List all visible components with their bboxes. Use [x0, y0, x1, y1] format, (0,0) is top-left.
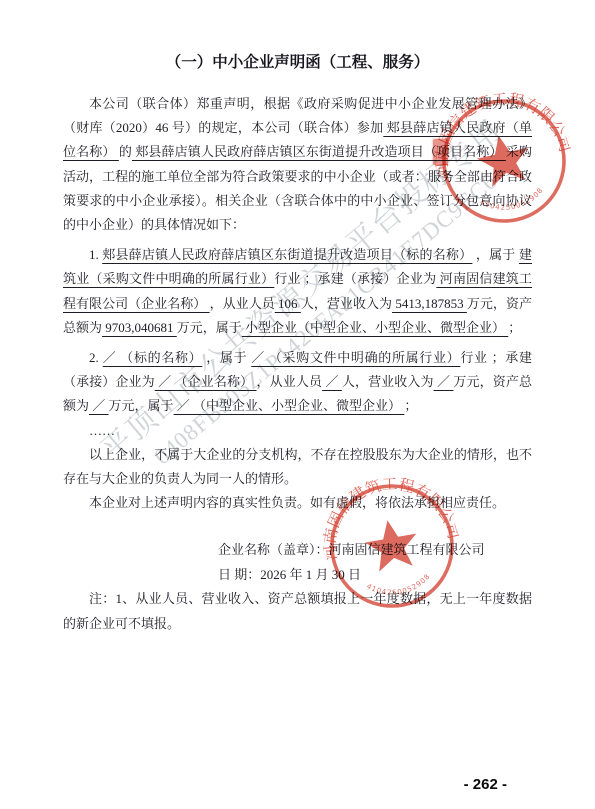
ellipsis-line: ……	[63, 419, 532, 443]
enterprise-item-1: 1. 郏县薛店镇人民政府薛店镇区东街道提升改造项目（标的名称） ，属于 建筑业（…	[63, 243, 532, 340]
text-segment: ，属于	[472, 247, 519, 262]
filled-in-underlined-text: 小型企业（中型企业、小型企业、微型企业）	[242, 320, 509, 335]
text-segment: ，从业人员	[210, 296, 275, 311]
no-large-enterprise-paragraph: 以上企业，不属于大企业的分支机构，不存在控股股东为大企业的情形，也不存在与大企业…	[63, 443, 532, 491]
text-segment: 2.	[89, 350, 103, 365]
page-number: - 262 -	[464, 776, 507, 793]
seal-overlap-mark	[433, 139, 448, 165]
document-page: 平顶山市公共资源交易平台投标专用 0408FB905Z1P1420FA31CB4…	[0, 0, 595, 809]
page-title: （一）中小企业声明函（工程、服务）	[63, 50, 532, 72]
text-segment: ，从业人员	[257, 374, 323, 389]
filled-in-underlined-text: ／	[89, 398, 109, 413]
declaration-paragraph: 本公司（联合体）郑重声明，根据《政府采购促进中小企业发展管理办法》（财库（202…	[63, 92, 532, 237]
text-segment: 的	[119, 144, 132, 159]
company-seal-line: 企业名称（盖章）：河南固信建筑工程有限公司	[218, 537, 532, 562]
text-segment: 1.	[89, 247, 102, 262]
filled-in-underlined-text: ／	[322, 374, 342, 389]
filled-in-underlined-text: ／	[434, 374, 454, 389]
text-segment: ，属于	[202, 350, 251, 365]
text-segment: 行业 ；承建（承接）企业为	[274, 271, 436, 286]
text-segment: 人，营业收入为	[301, 296, 392, 311]
date-line: 日 期：2026 年 1 月 30 日	[218, 562, 532, 587]
text-segment: ；	[508, 320, 521, 335]
filled-in-underlined-text: 106	[275, 296, 301, 311]
text-segment: 万元，属于	[109, 398, 174, 413]
filled-in-underlined-text: 5413,187853	[392, 296, 467, 311]
filled-in-underlined-text: ／ （企业名称）	[155, 374, 257, 389]
filled-in-underlined-text: ／ （中型企业、小型企业、微型企业）	[174, 398, 405, 413]
text-segment: 人，营业收入为	[342, 374, 434, 389]
footnote: 注：1、从业人员、营业收入、资产总额填报上一年度数据，无上一年度数据的新企业可不…	[63, 587, 532, 635]
filled-in-underlined-text: 9703,040681	[102, 320, 177, 335]
document-content: （一）中小企业声明函（工程、服务） 本公司（联合体）郑重声明，根据《政府采购促进…	[0, 0, 595, 636]
filled-in-underlined-text: 郏县薛店镇人民政府薛店镇区东街道提升改造项目（项目名称）	[132, 144, 506, 159]
responsibility-paragraph: 本企业对上述声明内容的真实性负责。如有虚假，将依法承担相应责任。	[63, 491, 532, 515]
text-segment: 万元，属于	[177, 320, 242, 335]
filled-in-underlined-text: ／ （采购文件中明确的所属行业）	[251, 350, 460, 365]
signature-block: 企业名称（盖章）：河南固信建筑工程有限公司 日 期：2026 年 1 月 30 …	[63, 537, 532, 587]
enterprise-item-2: 2. ／ （标的名称） ，属于 ／ （采购文件中明确的所属行业）行业 ；承建（承…	[63, 346, 532, 419]
filled-in-underlined-text: ／ （标的名称）	[103, 350, 203, 365]
text-segment: ；	[404, 398, 417, 413]
filled-in-underlined-text: 郏县薛店镇人民政府薛店镇区东街道提升改造项目（标的名称）	[102, 247, 472, 262]
